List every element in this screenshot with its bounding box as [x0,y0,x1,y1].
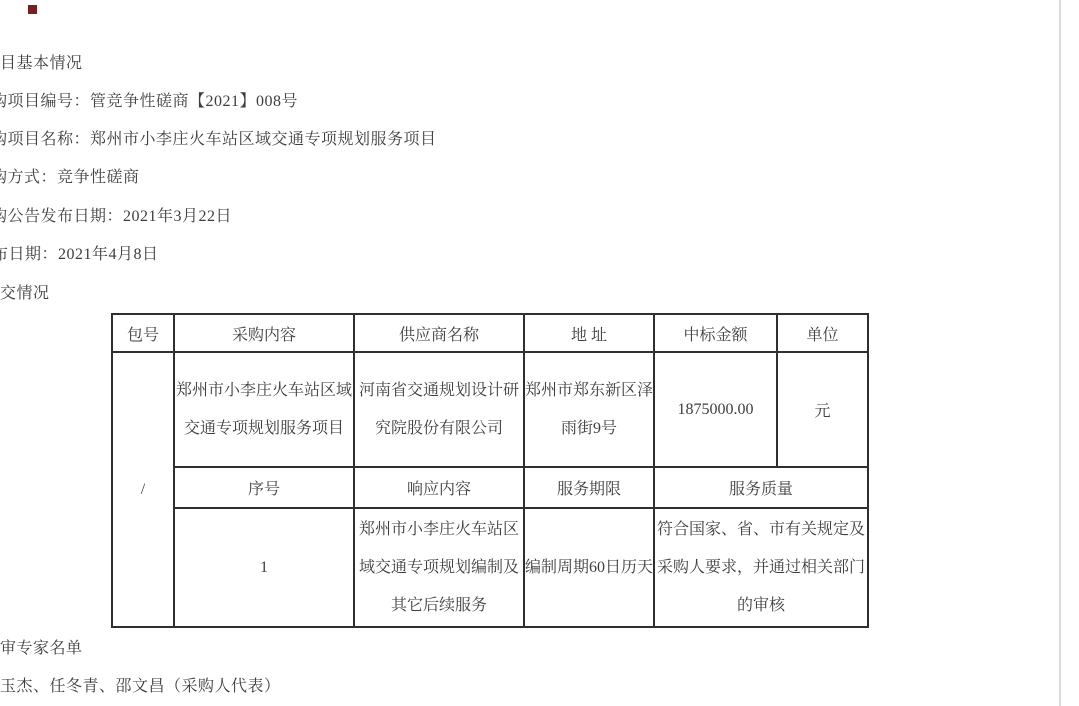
line-publish-date: 布日期：2021年4月8日 [0,245,159,265]
subheader-response-content: 响应内容 [354,467,524,508]
line-project-name: 购项目名称：郑州市小李庄火车站区域交通专项规划服务项目 [0,130,437,150]
subheader-service-quality: 服务质量 [654,467,868,508]
cell-service-quality: 符合国家、省、市有关规定及采购人要求，并通过相关部门的审核 [654,508,868,627]
line-procurement-method: 购方式：竞争性磋商 [0,168,140,188]
cell-address: 郑州市郑东新区泽雨街9号 [524,352,654,467]
award-data-row: / 郑州市小李庄火车站区域交通专项规划服务项目 河南省交通规划设计研究院股份有限… [112,352,868,467]
cell-award-amount: 1875000.00 [654,352,777,467]
detail-data-row: 1 郑州市小李庄火车站区域交通专项规划编制及其它后续服务 编制周期60日历天 符… [112,508,868,627]
line-expert-names: 玉杰、任冬青、邵文昌（采购人代表） [0,677,281,697]
cell-service-period: 编制周期60日历天 [524,508,654,627]
cell-sequence: 1 [174,508,354,627]
cell-package-number: / [112,352,174,627]
header-address: 地 址 [524,314,654,352]
detail-header-row: 序号 响应内容 服务期限 服务质量 [112,467,868,508]
section-title-basic-info: 目基本情况 [0,54,83,74]
header-package-number: 包号 [112,314,174,352]
header-supplier-name: 供应商名称 [354,314,524,352]
cell-procurement-content: 郑州市小李庄火车站区域交通专项规划服务项目 [174,352,354,467]
line-project-number: 购项目编号：管竞争性磋商【2021】008号 [0,92,298,112]
cell-unit: 元 [777,352,868,467]
top-left-red-marker [28,5,37,14]
subheader-sequence: 序号 [174,467,354,508]
cell-supplier-name: 河南省交通规划设计研究院股份有限公司 [354,352,524,467]
table-header-row: 包号 采购内容 供应商名称 地 址 中标金额 单位 [112,314,868,352]
document-page: { "colors": { "text": "#3d3d3d", "table_… [0,0,1079,706]
line-announcement-date: 购公告发布日期：2021年3月22日 [0,207,232,227]
header-award-amount: 中标金额 [654,314,777,352]
header-unit: 单位 [777,314,868,352]
header-procurement-content: 采购内容 [174,314,354,352]
subheader-service-period: 服务期限 [524,467,654,508]
page-right-edge-line [1059,0,1061,706]
cell-response-content: 郑州市小李庄火车站区域交通专项规划编制及其它后续服务 [354,508,524,627]
section-title-expert-list: 审专家名单 [0,639,83,659]
section-title-award-result: 交情况 [0,284,50,304]
award-result-table: 包号 采购内容 供应商名称 地 址 中标金额 单位 / 郑州市小李庄火车站区域交… [111,313,869,628]
